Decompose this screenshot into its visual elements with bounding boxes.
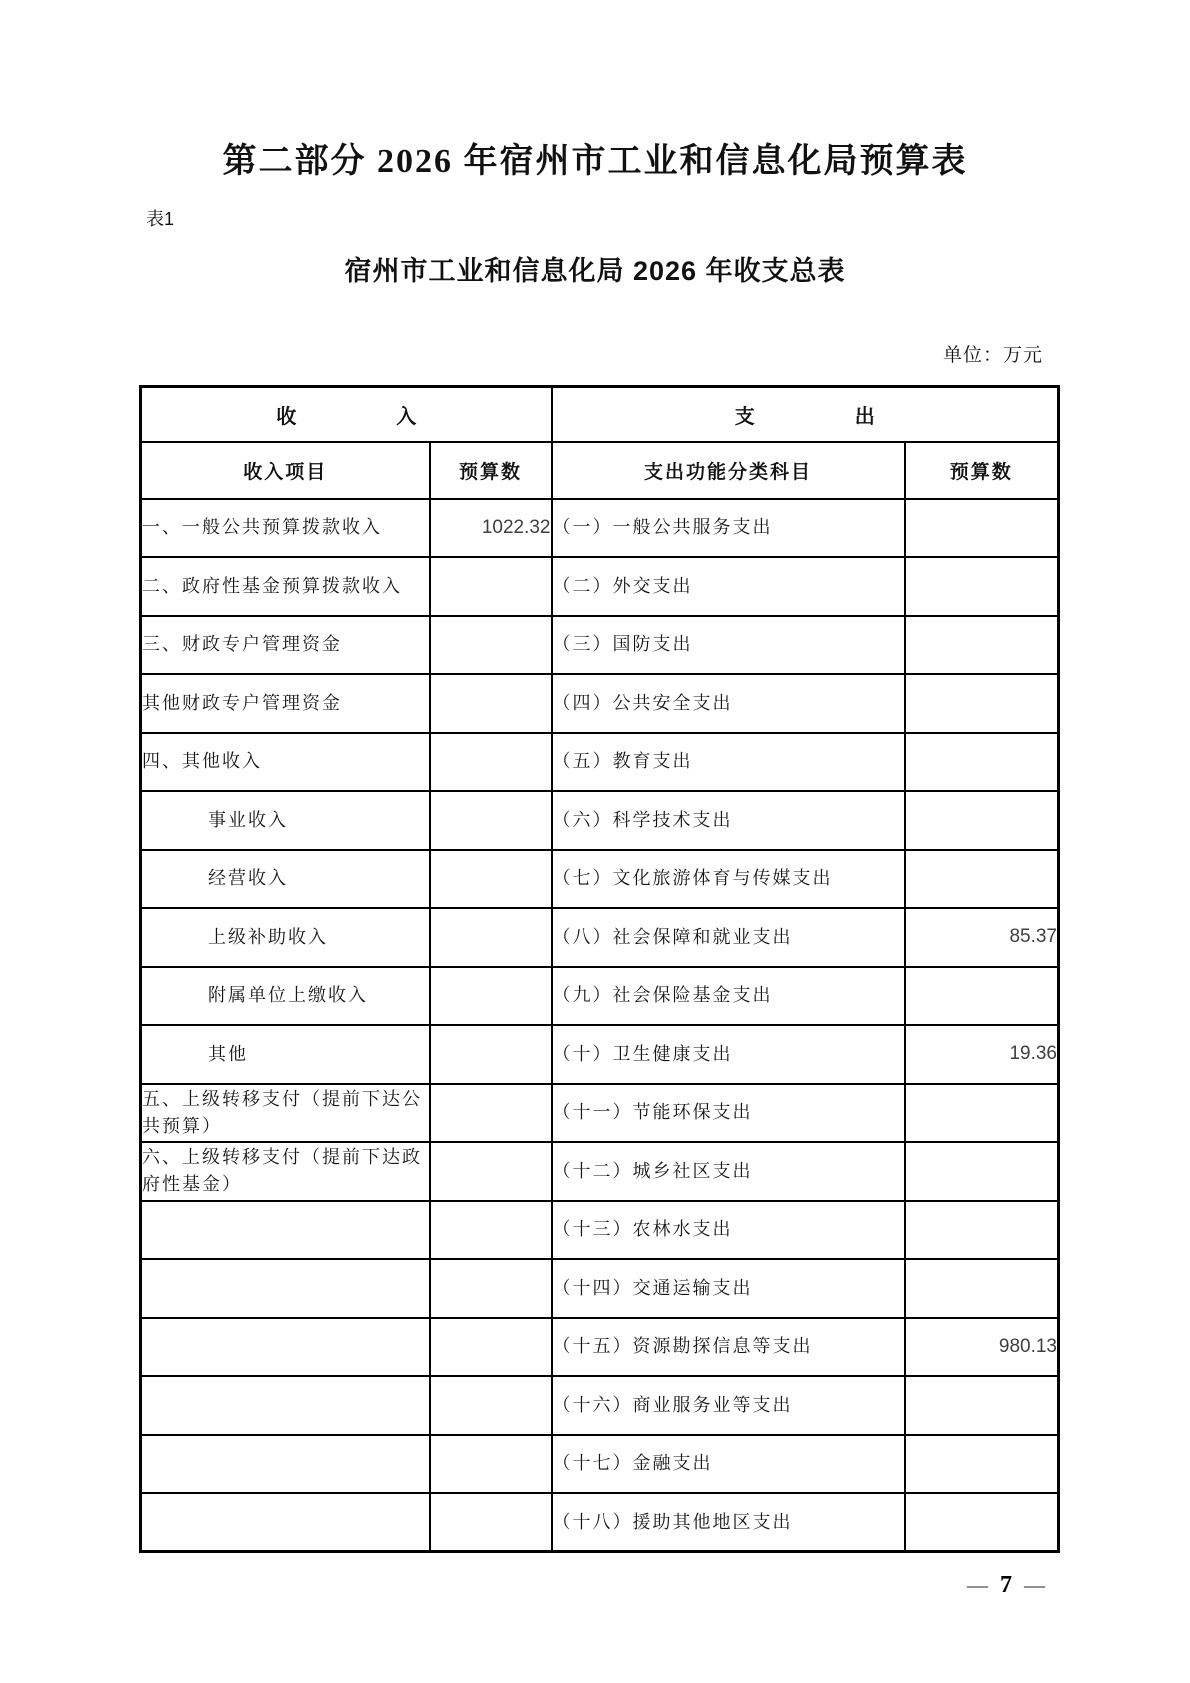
expense-item-cell: （二）外交支出 [552, 557, 905, 616]
income-budget-header: 预算数 [430, 442, 552, 499]
income-item-cell [141, 1259, 430, 1318]
table-row: 经营收入 （七）文化旅游体育与传媒支出 [141, 850, 1059, 909]
expense-group-header: 支出 [552, 387, 1059, 442]
income-value-cell [430, 1318, 552, 1377]
income-value-cell [430, 1025, 552, 1084]
income-value-cell [430, 1493, 552, 1552]
expense-budget-header: 预算数 [905, 442, 1059, 499]
expense-value-cell [905, 674, 1059, 733]
table-label: 表1 [146, 205, 174, 231]
expense-item-cell: （十）卫生健康支出 [552, 1025, 905, 1084]
table-row: （十四）交通运输支出 [141, 1259, 1059, 1318]
income-item-cell: 四、其他收入 [141, 733, 430, 792]
expense-value-cell [905, 1142, 1059, 1201]
table-row: 其他 （十）卫生健康支出 19.36 [141, 1025, 1059, 1084]
income-item-cell [141, 1318, 430, 1377]
income-group-header: 收入 [141, 387, 552, 442]
income-value-cell [430, 791, 552, 850]
table-title: 宿州市工业和信息化局 2026 年收支总表 [0, 249, 1190, 288]
income-item-header: 收入项目 [141, 442, 430, 499]
budget-table: 收入 支出 收入项目 预算数 支出功能分类科目 预算数 一、一般公共预算拨款收入… [139, 385, 1060, 1553]
expense-item-cell: （八）社会保障和就业支出 [552, 908, 905, 967]
expense-value-cell [905, 616, 1059, 675]
table-row: 事业收入 （六）科学技术支出 [141, 791, 1059, 850]
income-value-cell [430, 1142, 552, 1201]
income-item-cell: 其他财政专户管理资金 [141, 674, 430, 733]
expense-item-cell: （十二）城乡社区支出 [552, 1142, 905, 1201]
footer-right-dash: — [1024, 1573, 1045, 1598]
expense-value-cell: 980.13 [905, 1318, 1059, 1377]
expense-value-cell [905, 791, 1059, 850]
expense-item-cell: （十三）农林水支出 [552, 1201, 905, 1260]
table-row: 上级补助收入 （八）社会保障和就业支出 85.37 [141, 908, 1059, 967]
income-item-cell [141, 1493, 430, 1552]
table-row: （十五）资源勘探信息等支出 980.13 [141, 1318, 1059, 1377]
income-item-cell: 一、一般公共预算拨款收入 [141, 499, 430, 558]
expense-value-cell [905, 557, 1059, 616]
income-value-cell: 1022.32 [430, 499, 552, 558]
table-row: 其他财政专户管理资金 （四）公共安全支出 [141, 674, 1059, 733]
expense-value-cell [905, 733, 1059, 792]
table-row: （十六）商业服务业等支出 [141, 1376, 1059, 1435]
expense-value-cell [905, 850, 1059, 909]
income-item-cell: 三、财政专户管理资金 [141, 616, 430, 675]
column-header-row: 收入项目 预算数 支出功能分类科目 预算数 [141, 442, 1059, 499]
income-value-cell [430, 557, 552, 616]
document-page: 第二部分 2026 年宿州市工业和信息化局预算表 表1 宿州市工业和信息化局 2… [0, 0, 1190, 1683]
expense-item-cell: （七）文化旅游体育与传媒支出 [552, 850, 905, 909]
expense-value-cell [905, 1259, 1059, 1318]
income-item-cell [141, 1201, 430, 1260]
table-row: 附属单位上缴收入 （九）社会保险基金支出 [141, 967, 1059, 1026]
income-value-cell [430, 1084, 552, 1143]
budget-table-body: 一、一般公共预算拨款收入 1022.32 （一）一般公共服务支出 二、政府性基金… [141, 499, 1059, 1552]
expense-value-cell [905, 1084, 1059, 1143]
expense-value-cell [905, 499, 1059, 558]
table-row: 二、政府性基金预算拨款收入 （二）外交支出 [141, 557, 1059, 616]
income-item-cell: 上级补助收入 [141, 908, 430, 967]
income-value-cell [430, 1376, 552, 1435]
income-value-cell [430, 1435, 552, 1494]
income-value-cell [430, 967, 552, 1026]
expense-item-cell: （十五）资源勘探信息等支出 [552, 1318, 905, 1377]
expense-item-cell: （四）公共安全支出 [552, 674, 905, 733]
expense-item-header: 支出功能分类科目 [552, 442, 905, 499]
income-item-cell: 其他 [141, 1025, 430, 1084]
income-value-cell [430, 674, 552, 733]
table-row: 四、其他收入 （五）教育支出 [141, 733, 1059, 792]
document-title: 第二部分 2026 年宿州市工业和信息化局预算表 [0, 133, 1190, 182]
table-row: 三、财政专户管理资金 （三）国防支出 [141, 616, 1059, 675]
table-row: （十七）金融支出 [141, 1435, 1059, 1494]
table-row: （十三）农林水支出 [141, 1201, 1059, 1260]
expense-value-cell: 85.37 [905, 908, 1059, 967]
expense-item-cell: （十一）节能环保支出 [552, 1084, 905, 1143]
income-item-cell: 事业收入 [141, 791, 430, 850]
unit-note: 单位：万元 [943, 340, 1043, 367]
expense-item-cell: （十七）金融支出 [552, 1435, 905, 1494]
income-value-cell [430, 850, 552, 909]
expense-item-cell: （十六）商业服务业等支出 [552, 1376, 905, 1435]
expense-item-cell: （一）一般公共服务支出 [552, 499, 905, 558]
expense-item-cell: （十八）援助其他地区支出 [552, 1493, 905, 1552]
expense-value-cell [905, 967, 1059, 1026]
expense-value-cell: 19.36 [905, 1025, 1059, 1084]
income-value-cell [430, 733, 552, 792]
table-row: （十八）援助其他地区支出 [141, 1493, 1059, 1552]
table-row: 一、一般公共预算拨款收入 1022.32 （一）一般公共服务支出 [141, 499, 1059, 558]
expense-value-cell [905, 1201, 1059, 1260]
income-item-cell: 六、上级转移支付（提前下达政府性基金） [141, 1142, 430, 1201]
table-row: 五、上级转移支付（提前下达公共预算） （十一）节能环保支出 [141, 1084, 1059, 1143]
income-item-cell [141, 1376, 430, 1435]
footer-left-dash: — [967, 1573, 988, 1598]
income-item-cell: 五、上级转移支付（提前下达公共预算） [141, 1084, 430, 1143]
income-value-cell [430, 1201, 552, 1260]
income-value-cell [430, 1259, 552, 1318]
page-footer: — 7 — [967, 1572, 1045, 1599]
expense-value-cell [905, 1376, 1059, 1435]
income-item-cell [141, 1435, 430, 1494]
expense-value-cell [905, 1435, 1059, 1494]
income-value-cell [430, 616, 552, 675]
expense-item-cell: （十四）交通运输支出 [552, 1259, 905, 1318]
expense-item-cell: （六）科学技术支出 [552, 791, 905, 850]
page-number: 7 [1000, 1572, 1012, 1599]
expense-value-cell [905, 1493, 1059, 1552]
income-item-cell: 二、政府性基金预算拨款收入 [141, 557, 430, 616]
income-value-cell [430, 908, 552, 967]
income-item-cell: 附属单位上缴收入 [141, 967, 430, 1026]
income-item-cell: 经营收入 [141, 850, 430, 909]
expense-item-cell: （五）教育支出 [552, 733, 905, 792]
expense-item-cell: （九）社会保险基金支出 [552, 967, 905, 1026]
table-row: 六、上级转移支付（提前下达政府性基金） （十二）城乡社区支出 [141, 1142, 1059, 1201]
group-header-row: 收入 支出 [141, 387, 1059, 442]
expense-item-cell: （三）国防支出 [552, 616, 905, 675]
